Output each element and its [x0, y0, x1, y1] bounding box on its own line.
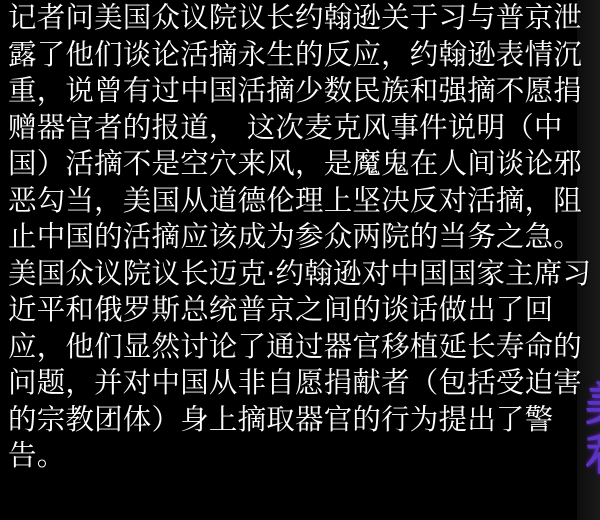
background-glyph: 美: [586, 380, 600, 430]
subtitle-text-block: 记者问美国众议院议长约翰逊关于习与普京泄 露了他们谈论活摘永生的反应，约翰逊表情…: [8, 0, 583, 475]
background-glyph: 利: [586, 430, 600, 480]
subtitle-line: 重，说曾有过中国活摘少数民族和强摘不愿捐: [8, 73, 583, 110]
subtitle-line: 应，他们显然讨论了通过器官移植延长寿命的: [8, 329, 583, 366]
video-frame: 美 利 记者问美国众议院议长约翰逊关于习与普京泄 露了他们谈论活摘永生的反应，约…: [0, 0, 600, 520]
subtitle-line: 问题，并对中国从非自愿捐献者（包括受迫害: [8, 365, 583, 402]
subtitle-line: 赠器官者的报道， 这次麦克风事件说明（中: [8, 110, 583, 147]
subtitle-line: 止中国的活摘应该成为参众两院的当务之急。: [8, 219, 583, 256]
subtitle-line: 的宗教团体）身上摘取器官的行为提出了警: [8, 402, 583, 439]
subtitle-line: 记者问美国众议院议长约翰逊关于习与普京泄: [8, 0, 583, 37]
subtitle-line: 告。: [8, 438, 583, 475]
subtitle-line: 近平和俄罗斯总统普京之间的谈话做出了回: [8, 292, 583, 329]
subtitle-line: 美国众议院议长迈克·约翰逊对中国国家主席习: [8, 256, 583, 293]
subtitle-line: 恶勾当，美国从道德伦理上坚决反对活摘，阻: [8, 183, 583, 220]
subtitle-line: 国）活摘不是空穴来风，是魔鬼在人间谈论邪: [8, 146, 583, 183]
background-title-fragment: 美 利: [586, 380, 600, 520]
subtitle-line: 露了他们谈论活摘永生的反应，约翰逊表情沉: [8, 37, 583, 74]
